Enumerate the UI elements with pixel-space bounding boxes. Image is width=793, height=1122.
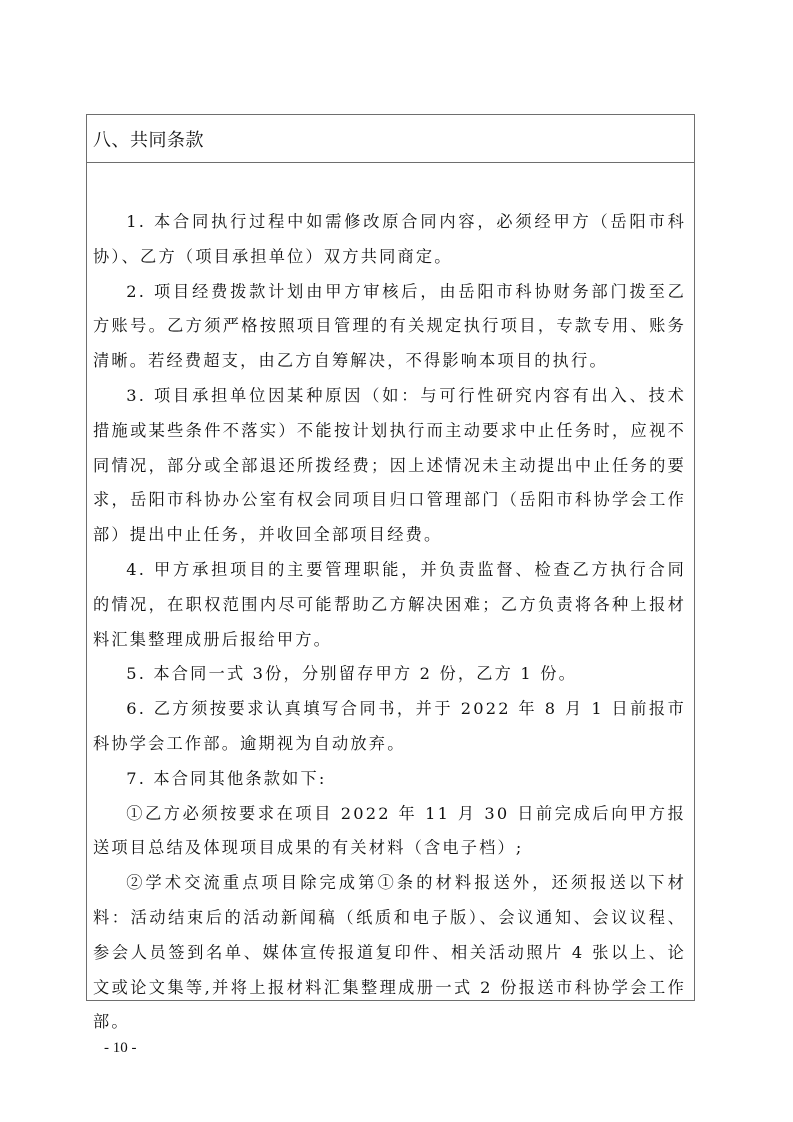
clause-2: 2. 项目经费拨款计划由甲方审核后，由岳阳市科协财务部门拨至乙方账号。乙方须严格… bbox=[93, 275, 686, 379]
clause-4: 4. 甲方承担项目的主要管理职能，并负责监督、检查乙方执行合同的情况，在职权范围… bbox=[93, 553, 686, 657]
clause-6: 6. 乙方须按要求认真填写合同书，并于 2022 年 8 月 1 日前报市科协学… bbox=[93, 692, 686, 762]
page-number: - 10 - bbox=[104, 1040, 137, 1057]
clause-3: 3. 项目承担单位因某种原因（如：与可行性研究内容有出入、技术措施或某些条件不落… bbox=[93, 379, 686, 553]
clause-1: 1. 本合同执行过程中如需修改原合同内容，必须经甲方（岳阳市科协）、乙方（项目承… bbox=[93, 205, 686, 275]
clause-5: 5. 本合同一式 3份，分别留存甲方 2 份，乙方 1 份。 bbox=[93, 657, 686, 692]
clause-7: 7. 本合同其他条款如下: bbox=[93, 762, 686, 797]
section-header-row: 八、共同条款 bbox=[87, 115, 694, 163]
clause-7-item-2: ②学术交流重点项目除完成第①条的材料报送外，还须报送以下材料：活动结束后的活动新… bbox=[93, 866, 686, 1040]
clause-7-item-1: ①乙方必须按要求在项目 2022 年 11 月 30 日前完成后向甲方报送项目总… bbox=[93, 797, 686, 867]
section-body: 1. 本合同执行过程中如需修改原合同内容，必须经甲方（岳阳市科协）、乙方（项目承… bbox=[87, 163, 694, 1040]
section-title: 八、共同条款 bbox=[93, 126, 204, 152]
common-terms-table: 八、共同条款 1. 本合同执行过程中如需修改原合同内容，必须经甲方（岳阳市科协）… bbox=[86, 114, 695, 1001]
